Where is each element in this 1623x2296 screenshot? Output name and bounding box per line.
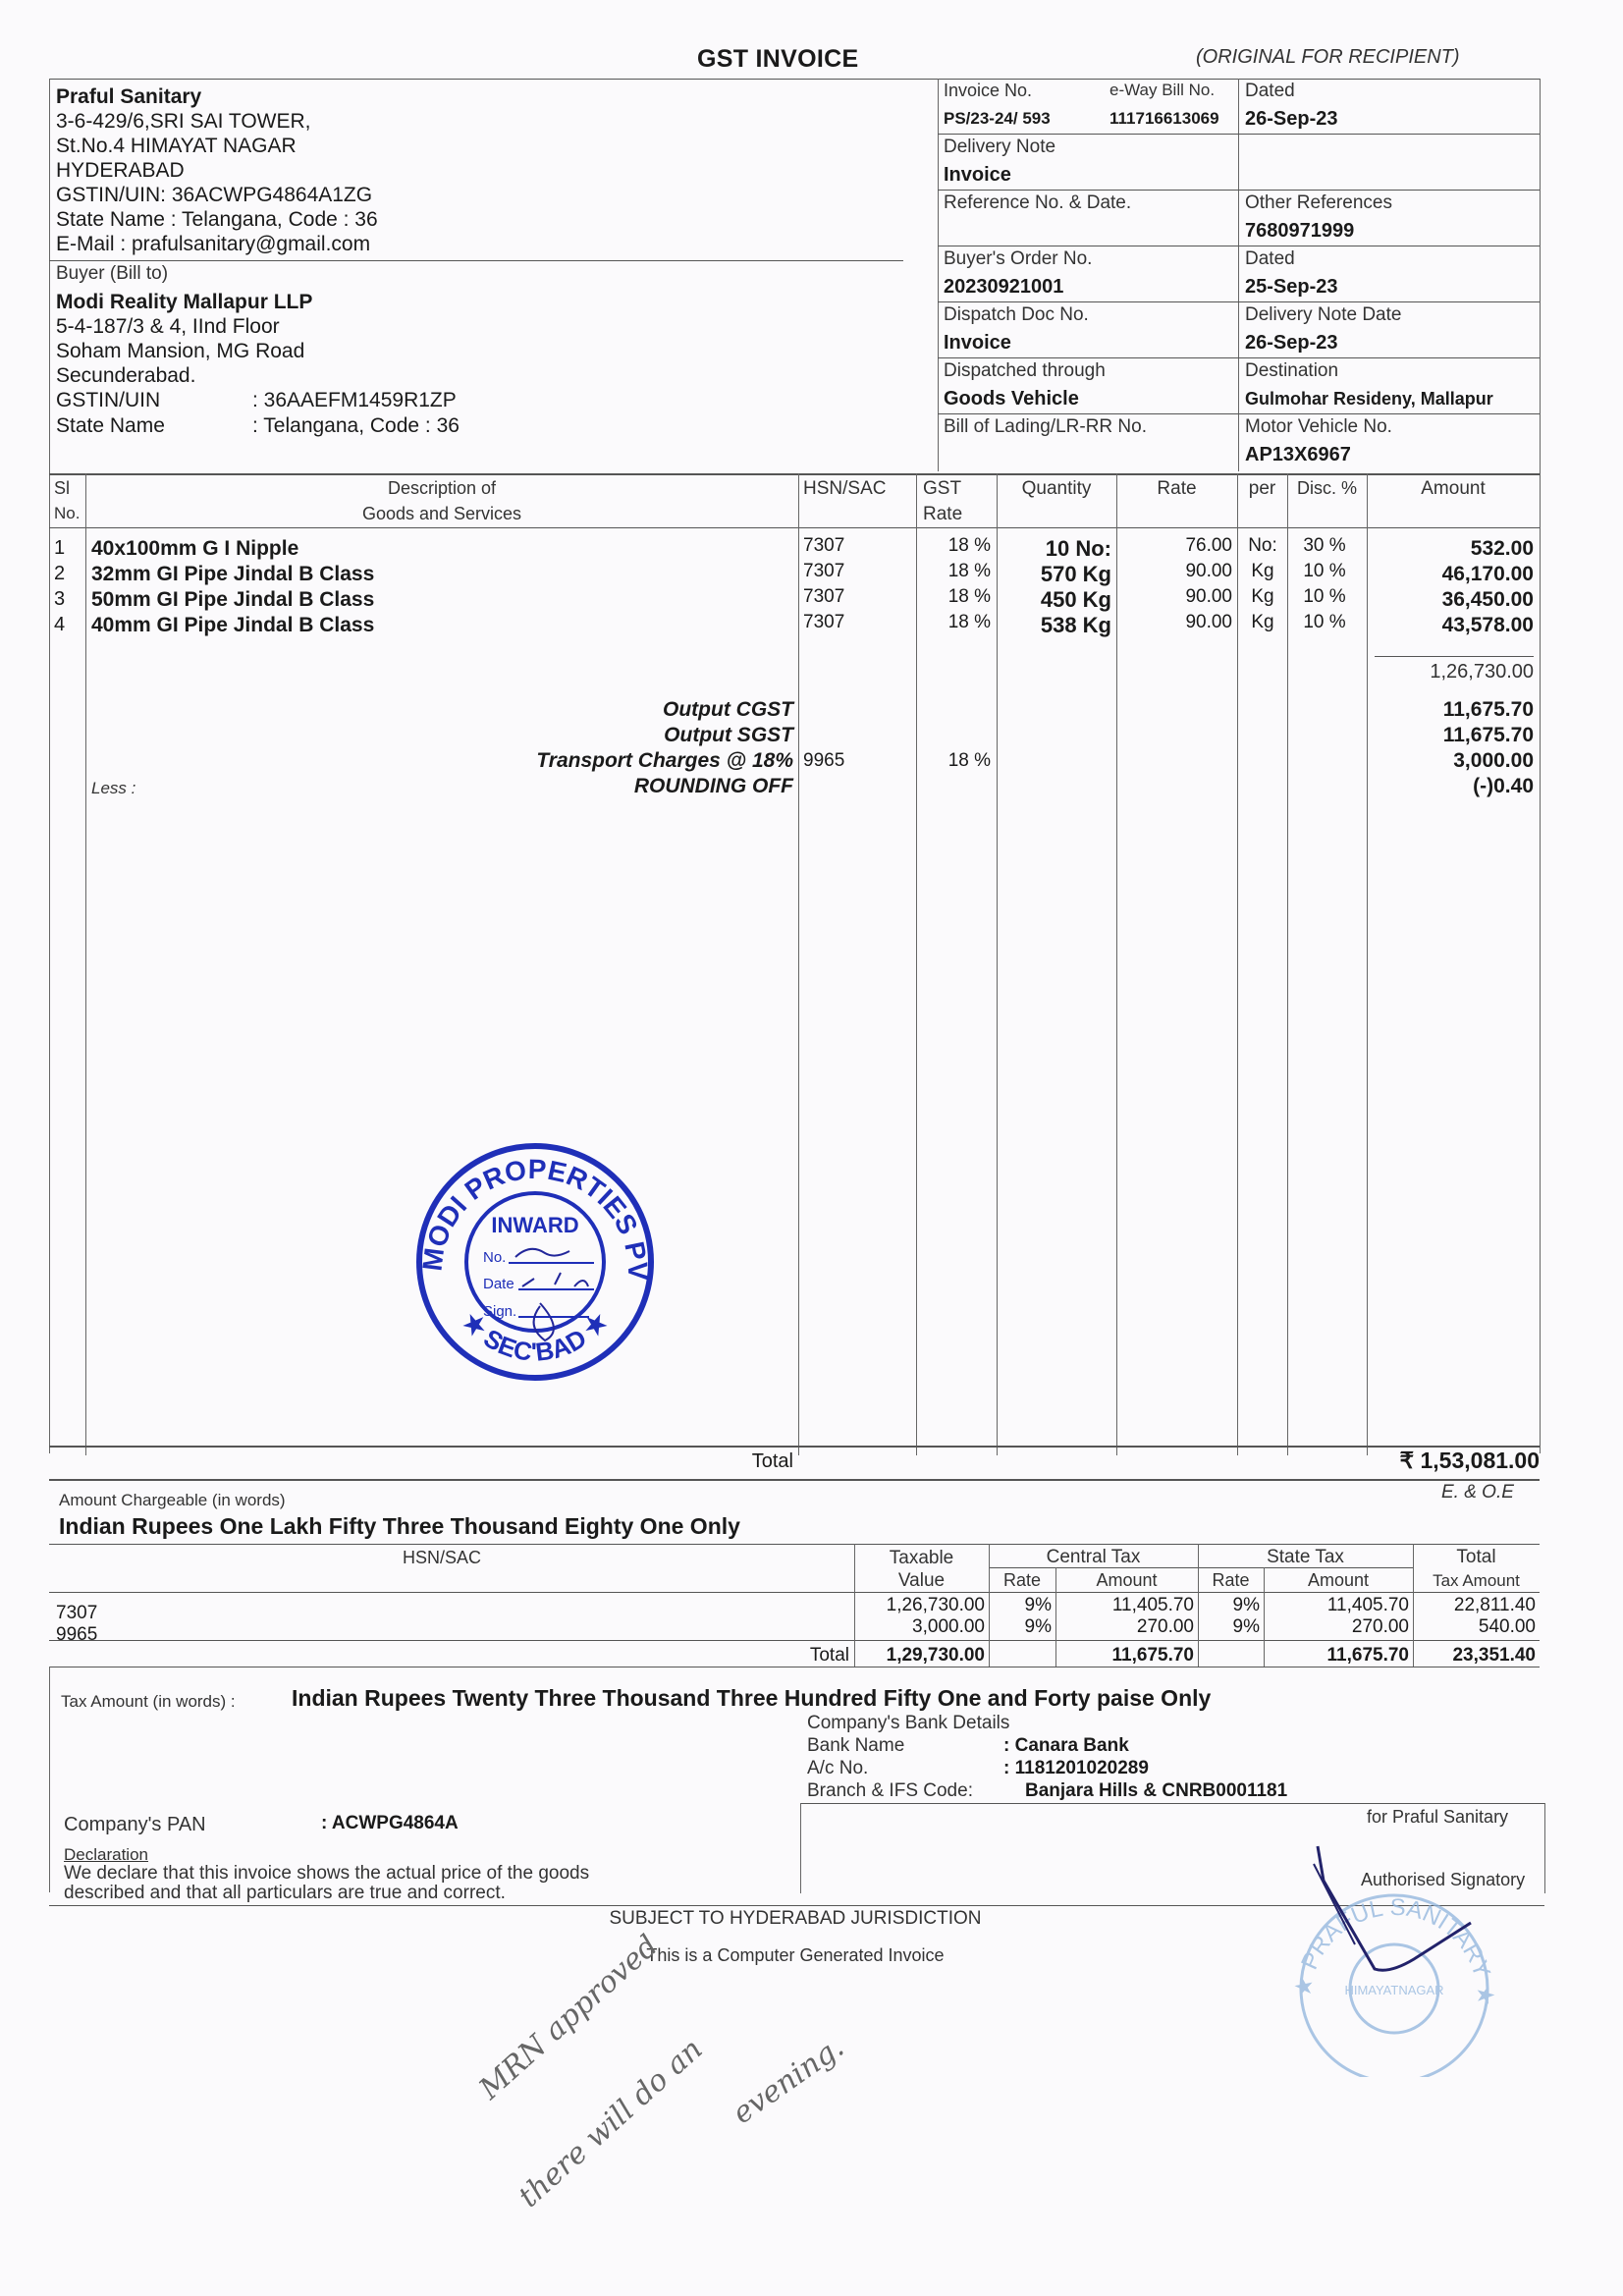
col-gst-header: Rate bbox=[923, 505, 962, 523]
tax-col-taxable: Value bbox=[854, 1571, 989, 1590]
amount-words-value: Indian Rupees One Lakh Fifty Three Thous… bbox=[59, 1515, 740, 1538]
amount-words-label: Amount Chargeable (in words) bbox=[59, 1492, 286, 1508]
charge-label-cgst: Output CGST bbox=[88, 699, 793, 720]
cell-disc: 10 % bbox=[1287, 562, 1362, 580]
inward-stamp: MODI PROPERTIES PVT. LTD. ★ SEC'BAD ★ IN… bbox=[412, 1139, 658, 1385]
tax-col-state: State Tax bbox=[1198, 1548, 1413, 1566]
tax-total-taxable: 1,29,730.00 bbox=[854, 1646, 985, 1665]
cell-qty: 570 Kg bbox=[997, 564, 1111, 585]
reference-label: Reference No. & Date. bbox=[944, 193, 1131, 212]
seller-address-line: St.No.4 HIMAYAT NAGAR bbox=[56, 136, 297, 156]
cell-amount: 43,578.00 bbox=[1367, 615, 1534, 635]
cell-hsn: 7307 bbox=[803, 562, 901, 580]
invoice-no: PS/23-24/ 593 bbox=[944, 110, 1051, 127]
jurisdiction: SUBJECT TO HYDERABAD JURISDICTION bbox=[491, 1909, 1100, 1928]
destination-label: Destination bbox=[1245, 361, 1338, 380]
dispatched-through-value: Goods Vehicle bbox=[944, 389, 1079, 409]
tax-col-central: Central Tax bbox=[989, 1548, 1198, 1566]
eway-no: 111716613069 bbox=[1109, 110, 1219, 127]
cell-description: 40x100mm G I Nipple bbox=[91, 538, 779, 559]
grid-line bbox=[938, 413, 1540, 414]
buyer-address-line: 5-4-187/3 & 4, IInd Floor bbox=[56, 316, 280, 337]
seller-buyer-divider bbox=[49, 260, 903, 261]
buyer-address-line: Soham Mansion, MG Road bbox=[56, 341, 304, 361]
delivery-note-label: Delivery Note bbox=[944, 137, 1055, 156]
cell-per: Kg bbox=[1240, 613, 1285, 631]
tax-words-value: Indian Rupees Twenty Three Thousand Thre… bbox=[292, 1687, 1211, 1710]
cell-disc: 10 % bbox=[1287, 613, 1362, 631]
charge-amount-transport: 3,000.00 bbox=[1367, 750, 1534, 771]
buyer-gstin-label: GSTIN/UIN bbox=[56, 390, 160, 410]
tax-total-state: 11,675.70 bbox=[1264, 1646, 1409, 1665]
signatory-box-right bbox=[1544, 1803, 1545, 1893]
bank-branch: Banjara Hills & CNRB0001181 bbox=[1025, 1781, 1287, 1800]
cell-description: 32mm GI Pipe Jindal B Class bbox=[91, 564, 779, 584]
buyers-order-value: 20230921001 bbox=[944, 277, 1063, 297]
dispatched-through-label: Dispatched through bbox=[944, 361, 1106, 380]
cell-hsn: 7307 bbox=[803, 587, 901, 606]
tax-total-label: Total bbox=[687, 1646, 849, 1665]
tax-cell-s_rate: 9% bbox=[1198, 1617, 1260, 1636]
other-ref-value: 7680971999 bbox=[1245, 221, 1354, 241]
grid-line bbox=[938, 190, 1540, 191]
tax-cell-hsn: 9965 bbox=[56, 1625, 174, 1644]
cell-disc: 30 % bbox=[1287, 536, 1362, 555]
tax-line bbox=[49, 1667, 1540, 1667]
tax-total-total: 23,351.40 bbox=[1413, 1646, 1536, 1665]
cell-hsn: 7307 bbox=[803, 613, 901, 631]
bank-name: : Canara Bank bbox=[1003, 1736, 1129, 1755]
other-ref-label: Other References bbox=[1245, 193, 1392, 212]
buyer-label: Buyer (Bill to) bbox=[56, 264, 168, 283]
cell-gst: 18 % bbox=[916, 536, 991, 555]
col-disc-header: Disc. % bbox=[1287, 479, 1367, 497]
declaration-line: described and that all particulars are t… bbox=[64, 1884, 506, 1902]
tax-line bbox=[49, 1640, 1540, 1641]
cell-qty: 538 Kg bbox=[997, 615, 1111, 636]
tax-cell-c_amt: 270.00 bbox=[1055, 1617, 1194, 1636]
charge-amount-sgst: 11,675.70 bbox=[1367, 725, 1534, 745]
tax-col-central-amount: Amount bbox=[1055, 1571, 1198, 1589]
motor-vehicle-value: AP13X6967 bbox=[1245, 445, 1351, 465]
col-sl-header: No. bbox=[54, 505, 80, 521]
seller-gstin: GSTIN/UIN: 36ACWPG4864A1ZG bbox=[56, 185, 372, 205]
seller-email: E-Mail : prafulsanitary@gmail.com bbox=[56, 234, 370, 254]
buyer-gstin-value: : 36AAEFM1459R1ZP bbox=[252, 390, 457, 410]
col-hsn-header: HSN/SAC bbox=[803, 479, 886, 498]
tax-col-taxable: Taxable bbox=[854, 1549, 989, 1567]
cell-disc: 10 % bbox=[1287, 587, 1362, 606]
signatory-for: for Praful Sanitary bbox=[1367, 1808, 1508, 1826]
signatory-box-left bbox=[800, 1803, 801, 1893]
dispatch-doc-value: Invoice bbox=[944, 333, 1011, 353]
col-amount-header: Amount bbox=[1367, 479, 1540, 498]
frame-top bbox=[49, 79, 1540, 80]
seller-state: State Name : Telangana, Code : 36 bbox=[56, 209, 378, 230]
charge-amount-cgst: 11,675.70 bbox=[1367, 699, 1534, 720]
eway-label: e-Way Bill No. bbox=[1109, 82, 1215, 98]
tax-total-central: 11,675.70 bbox=[1055, 1646, 1194, 1665]
invoice-no-label: Invoice No. bbox=[944, 82, 1032, 99]
tax-cell-taxable: 3,000.00 bbox=[854, 1617, 985, 1636]
cell-gst: 18 % bbox=[916, 587, 991, 606]
inward-stamp-ring-top: MODI PROPERTIES PVT. LTD. bbox=[412, 1139, 653, 1281]
buyer-state-value: : Telangana, Code : 36 bbox=[252, 415, 460, 436]
grid-line bbox=[1238, 79, 1239, 471]
tax-cell-s_amt: 270.00 bbox=[1264, 1617, 1409, 1636]
subtotal-rule bbox=[1375, 656, 1534, 657]
total-row-bottom bbox=[49, 1479, 1540, 1481]
cell-sl: 2 bbox=[54, 564, 83, 583]
seller-address-line: 3-6-429/6,SRI SAI TOWER, bbox=[56, 111, 311, 132]
cell-description: 40mm GI Pipe Jindal B Class bbox=[91, 615, 779, 635]
col-quantity-header: Quantity bbox=[997, 479, 1116, 498]
svg-text:MODI PROPERTIES PVT. LTD.: MODI PROPERTIES PVT. LTD. bbox=[412, 1139, 653, 1281]
grid-line bbox=[938, 357, 1540, 358]
cell-rate: 90.00 bbox=[1116, 562, 1232, 580]
bank-name-label: Bank Name bbox=[807, 1736, 904, 1755]
col-description-header: Goods and Services bbox=[295, 505, 589, 522]
svg-text:Date: Date bbox=[483, 1276, 514, 1292]
frame-right bbox=[1540, 79, 1541, 1453]
eoe-label: E. & O.E bbox=[1441, 1483, 1514, 1502]
delivery-note-date-value: 26-Sep-23 bbox=[1245, 333, 1338, 353]
tax-col-total: Tax Amount bbox=[1413, 1572, 1540, 1589]
charge-label-transport: Transport Charges @ 18% bbox=[88, 750, 793, 771]
col-per-header: per bbox=[1237, 479, 1287, 498]
grid-line bbox=[938, 246, 1540, 246]
tax-col-hsn: HSN/SAC bbox=[295, 1549, 589, 1566]
order-dated-value: 25-Sep-23 bbox=[1245, 277, 1338, 297]
grid-line bbox=[938, 79, 939, 471]
bank-ac: : 1181201020289 bbox=[1003, 1759, 1149, 1777]
grid-line bbox=[938, 301, 1540, 302]
seller-address-line: HYDERABAD bbox=[56, 160, 185, 181]
table-header-bottom bbox=[49, 527, 1540, 528]
tax-cell-c_rate: 9% bbox=[989, 1617, 1052, 1636]
cell-qty: 10 No: bbox=[997, 538, 1111, 560]
col-gst-header: GST bbox=[923, 479, 961, 498]
charge-label-sgst: Output SGST bbox=[88, 725, 793, 745]
tax-col-state-amount: Amount bbox=[1264, 1571, 1413, 1589]
grand-total: ₹ 1,53,081.00 bbox=[1367, 1449, 1540, 1472]
invoice-title: GST INVOICE bbox=[697, 47, 858, 72]
buyers-order-label: Buyer's Order No. bbox=[944, 249, 1092, 268]
cell-sl: 4 bbox=[54, 615, 83, 634]
cell-sl: 3 bbox=[54, 589, 83, 609]
col-line bbox=[798, 473, 799, 1455]
motor-vehicle-label: Motor Vehicle No. bbox=[1245, 417, 1392, 436]
tax-line bbox=[49, 1592, 1540, 1593]
cell-gst: 18 % bbox=[916, 613, 991, 631]
col-sl-header: Sl bbox=[54, 479, 70, 497]
cell-amount: 36,450.00 bbox=[1367, 589, 1534, 610]
frame-left-lower bbox=[49, 1667, 50, 1892]
delivery-note-value: Invoice bbox=[944, 165, 1011, 185]
pan-value: : ACWPG4864A bbox=[321, 1814, 459, 1832]
delivery-note-date-label: Delivery Note Date bbox=[1245, 305, 1401, 324]
dated-value: 26-Sep-23 bbox=[1245, 109, 1338, 129]
charge-hsn-transport: 9965 bbox=[803, 751, 844, 770]
tax-cell-s_rate: 9% bbox=[1198, 1596, 1260, 1614]
total-row-top bbox=[49, 1446, 1540, 1448]
dated-label: Dated bbox=[1245, 82, 1295, 100]
cell-per: Kg bbox=[1240, 562, 1285, 580]
bill-of-lading-label: Bill of Lading/LR-RR No. bbox=[944, 417, 1147, 436]
inward-stamp-center: INWARD bbox=[491, 1213, 578, 1237]
cell-hsn: 7307 bbox=[803, 536, 901, 555]
pan-label: Company's PAN bbox=[64, 1815, 206, 1834]
signature-mark bbox=[1296, 1836, 1492, 2033]
svg-text:No.: No. bbox=[483, 1249, 506, 1266]
charge-gst-transport: 18 % bbox=[916, 751, 991, 770]
cell-amount: 532.00 bbox=[1367, 538, 1534, 559]
buyer-address-line: Secunderabad. bbox=[56, 365, 195, 386]
handwritten-note-line: evening. bbox=[727, 2030, 850, 2131]
cell-sl: 1 bbox=[54, 538, 83, 558]
tax-col-total: Total bbox=[1413, 1548, 1540, 1566]
cell-rate: 90.00 bbox=[1116, 613, 1232, 631]
seller-name: Praful Sanitary bbox=[56, 86, 201, 107]
cell-per: Kg bbox=[1240, 587, 1285, 606]
col-line bbox=[85, 473, 86, 1455]
subtotal-amount: 1,26,730.00 bbox=[1367, 662, 1534, 682]
computer-generated-note: This is a Computer Generated Invoice bbox=[491, 1946, 1100, 1964]
col-rate-header: Rate bbox=[1116, 479, 1237, 498]
tax-line bbox=[989, 1567, 1413, 1568]
cell-rate: 90.00 bbox=[1116, 587, 1232, 606]
declaration-title: Declaration bbox=[64, 1846, 148, 1863]
tax-cell-hsn: 7307 bbox=[56, 1604, 174, 1622]
table-top bbox=[49, 473, 1540, 475]
tax-cell-s_amt: 11,405.70 bbox=[1264, 1596, 1409, 1614]
col-description-header: Description of bbox=[295, 479, 589, 497]
order-dated-label: Dated bbox=[1245, 249, 1295, 268]
tax-cell-c_amt: 11,405.70 bbox=[1055, 1596, 1194, 1614]
tax-col-central-rate: Rate bbox=[989, 1571, 1055, 1589]
destination-value: Gulmohar Resideny, Mallapur bbox=[1245, 390, 1493, 408]
tax-cell-c_rate: 9% bbox=[989, 1596, 1052, 1614]
bank-branch-label: Branch & IFS Code: bbox=[807, 1781, 973, 1800]
charge-amount-rounding: (-)0.40 bbox=[1367, 776, 1534, 796]
grid-line bbox=[938, 134, 1540, 135]
declaration-line: We declare that this invoice shows the a… bbox=[64, 1864, 589, 1883]
signatory-box-top bbox=[800, 1803, 1544, 1804]
tax-col-state-rate: Rate bbox=[1198, 1571, 1264, 1589]
tax-cell-total: 22,811.40 bbox=[1413, 1596, 1536, 1614]
tax-line bbox=[49, 1544, 1540, 1545]
tax-words-label: Tax Amount (in words) : bbox=[61, 1693, 236, 1710]
copy-label: (ORIGINAL FOR RECIPIENT) bbox=[1196, 47, 1460, 67]
bank-ac-label: A/c No. bbox=[807, 1759, 868, 1777]
cell-qty: 450 Kg bbox=[997, 589, 1111, 611]
cell-amount: 46,170.00 bbox=[1367, 564, 1534, 584]
charge-label-rounding: ROUNDING OFF bbox=[88, 776, 793, 796]
frame-left bbox=[49, 79, 50, 1453]
tax-cell-total: 540.00 bbox=[1413, 1617, 1536, 1636]
cell-gst: 18 % bbox=[916, 562, 991, 580]
cell-description: 50mm GI Pipe Jindal B Class bbox=[91, 589, 779, 610]
buyer-name: Modi Reality Mallapur LLP bbox=[56, 292, 312, 312]
buyer-state-label: State Name bbox=[56, 415, 165, 436]
cell-per: No: bbox=[1240, 536, 1285, 555]
col-line bbox=[1237, 473, 1238, 1455]
tax-cell-taxable: 1,26,730.00 bbox=[854, 1596, 985, 1614]
dispatch-doc-label: Dispatch Doc No. bbox=[944, 305, 1089, 324]
svg-text:Sign.: Sign. bbox=[483, 1303, 516, 1320]
bank-title: Company's Bank Details bbox=[807, 1714, 1009, 1732]
cell-rate: 76.00 bbox=[1116, 536, 1232, 555]
total-label: Total bbox=[88, 1451, 793, 1471]
